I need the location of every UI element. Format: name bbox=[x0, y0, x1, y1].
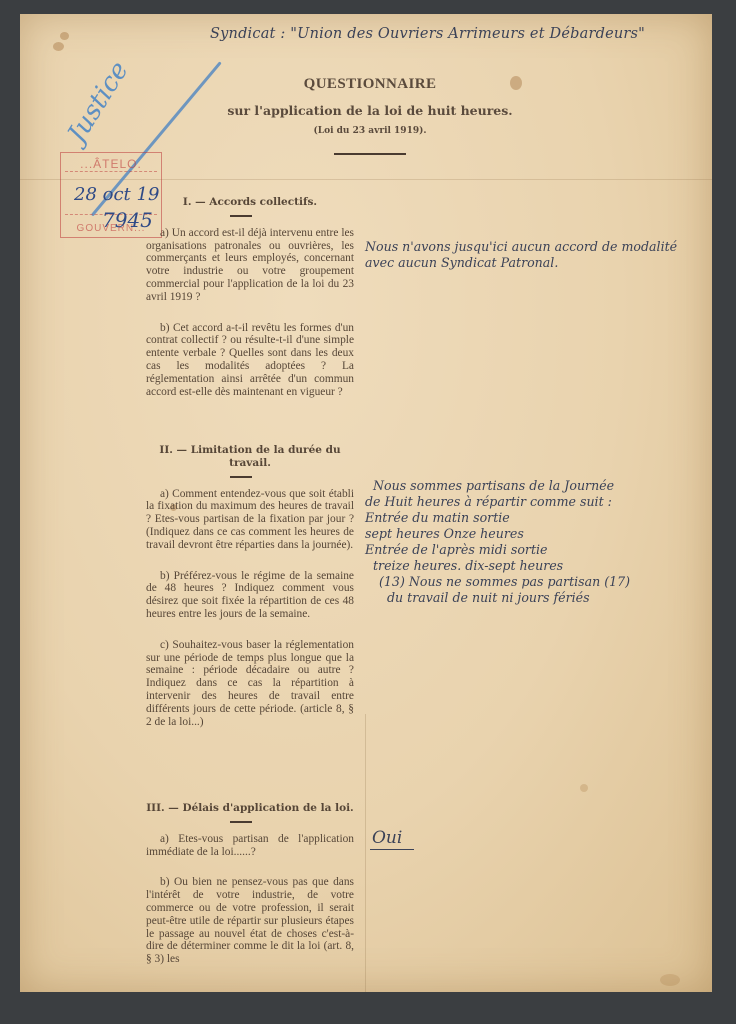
answer-line: Entrée de l'après midi sortie bbox=[365, 542, 710, 558]
section-heading: I. — Accords collectifs. bbox=[146, 196, 354, 209]
question-3a: a) Etes-vous partisan de l'application i… bbox=[146, 833, 354, 859]
section-divider bbox=[230, 476, 252, 478]
section-heading: III. — Délais d'application de la loi. bbox=[146, 802, 354, 815]
answer-line: Entrée du matin sortie bbox=[365, 510, 710, 526]
union-name-handwriting: Syndicat : "Union des Ouvriers Arrimeurs… bbox=[210, 26, 645, 42]
answer-line: Nous sommes partisans de la Journée bbox=[373, 478, 718, 494]
question-1b: b) Cet accord a-t-il revêtu les formes d… bbox=[146, 322, 354, 399]
answer-line: (13) Nous ne sommes pas partisan (17) bbox=[379, 574, 724, 590]
document-subtitle: sur l'application de la loi de huit heur… bbox=[210, 103, 530, 118]
justice-pencil-annotation: Justice bbox=[62, 56, 135, 148]
question-3b: b) Ou bien ne pensez-vous pas que dans l… bbox=[146, 876, 354, 966]
section-divider bbox=[230, 821, 252, 823]
answer-2a: Nous sommes partisans de la Journée de H… bbox=[365, 478, 710, 606]
foxing-spot bbox=[660, 974, 680, 986]
question-2b: b) Préférez-vous le régime de la semaine… bbox=[146, 570, 354, 621]
section-3: III. — Délais d'application de la loi. a… bbox=[146, 802, 354, 966]
document-title: QUESTIONNAIRE bbox=[210, 76, 530, 93]
question-1a: a) Un accord est-il déjà intervenu entre… bbox=[146, 227, 354, 304]
question-2c: c) Souhaitez-vous baser la réglementatio… bbox=[146, 639, 354, 729]
foxing-spot bbox=[580, 784, 588, 792]
answer-1a: Nous n'avons jusqu'ici aucun accord de m… bbox=[365, 239, 705, 271]
paper-crease bbox=[365, 714, 366, 992]
question-2a: a) Comment entendez-vous que soit établi… bbox=[146, 488, 354, 552]
section-1: I. — Accords collectifs. a) Un accord es… bbox=[146, 196, 354, 398]
section-2: II. — Limitation de la durée du travail.… bbox=[146, 444, 354, 728]
questionnaire-page: Syndicat : "Union des Ouvriers Arrimeurs… bbox=[20, 14, 712, 992]
section-divider bbox=[230, 215, 252, 217]
answer-line: de Huit heures à répartir comme suit : bbox=[365, 494, 710, 510]
answer-line: treize heures. dix-sept heures bbox=[373, 558, 718, 574]
answer-3a: Oui bbox=[372, 828, 402, 848]
foxing-spot bbox=[53, 42, 64, 51]
stamp-top-text: ...ÂTELO. bbox=[61, 157, 161, 171]
answer-line: du travail de nuit ni jours fériés bbox=[387, 590, 732, 606]
answer-line: sept heures Onze heures bbox=[365, 526, 710, 542]
foxing-spot bbox=[60, 32, 69, 40]
law-reference: (Loi du 23 avril 1919). bbox=[210, 126, 530, 136]
section-heading: II. — Limitation de la durée du travail. bbox=[146, 444, 354, 470]
title-divider bbox=[334, 153, 406, 155]
answer-underline bbox=[370, 849, 414, 850]
